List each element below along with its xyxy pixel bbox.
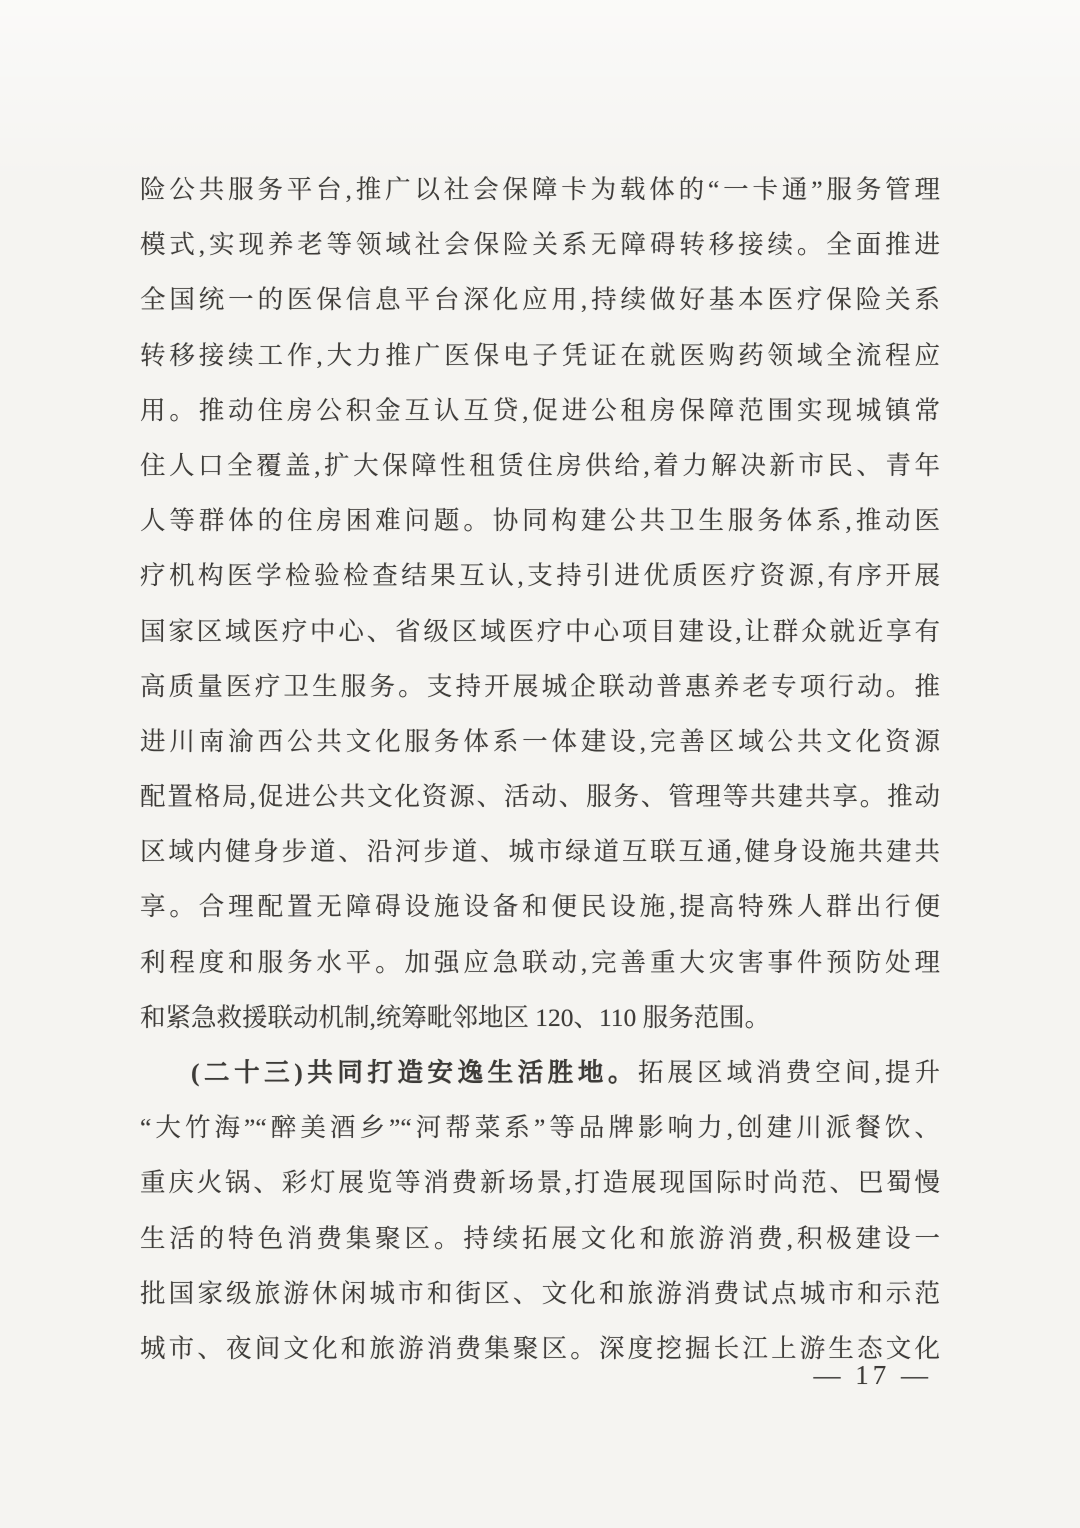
line-text: 配置格局,促进公共文化资源、活动、服务、管理等共建共享。推动 [140,782,940,811]
text-line: 人等群体的住房困难问题。协同构建公共卫生服务体系,推动医 [140,493,940,548]
text-line: 险公共服务平台,推广以社会保障卡为载体的“一卡通”服务管理 [140,162,940,217]
line-text: 疗机构医学检验检查结果互认,支持引进优质医疗资源,有序开展 [140,561,940,590]
line-text: 国家区域医疗中心、省级区域医疗中心项目建设,让群众就近享有 [140,617,940,646]
line-text: 利程度和服务水平。加强应急联动,完善重大灾害事件预防处理 [140,948,940,977]
line-text: 进川南渝西公共文化服务体系一体建设,完善区域公共文化资源 [140,727,940,756]
line-text: 转移接续工作,大力推广医保电子凭证在就医购药领域全流程应 [140,341,940,370]
line-text: 模式,实现养老等领域社会保险关系无障碍转移接续。全面推进 [140,230,940,259]
text-line: 和紧急救援联动机制,统筹毗邻地区 120、110 服务范围。 [140,990,940,1045]
section-heading: (二十三)共同打造安逸生活胜地。 [191,1058,638,1087]
line-text: 和紧急救援联动机制,统筹毗邻地区 120、110 服务范围。 [140,1003,770,1032]
line-text: “大竹海”“醉美酒乡”“河帮菜系”等品牌影响力,创建川派餐饮、 [140,1113,940,1142]
line-text: 生活的特色消费集聚区。持续拓展文化和旅游消费,积极建设一 [140,1224,940,1253]
line-text: 全国统一的医保信息平台深化应用,持续做好基本医疗保险关系 [140,285,940,314]
text-line: 区域内健身步道、沿河步道、城市绿道互联互通,健身设施共建共 [140,824,940,879]
line-text: 区域内健身步道、沿河步道、城市绿道互联互通,健身设施共建共 [140,837,940,866]
text-line: 利程度和服务水平。加强应急联动,完善重大灾害事件预防处理 [140,935,940,990]
line-text: 享。合理配置无障碍设施设备和便民设施,提高特殊人群出行便 [140,892,940,921]
document-page: 险公共服务平台,推广以社会保障卡为载体的“一卡通”服务管理模式,实现养老等领域社… [0,0,1080,1528]
text-line: 配置格局,促进公共文化资源、活动、服务、管理等共建共享。推动 [140,769,940,824]
line-text: 拓展区域消费空间,提升 [638,1058,940,1087]
text-line: 用。推动住房公积金互认互贷,促进公租房保障范围实现城镇常 [140,383,940,438]
text-line: 全国统一的医保信息平台深化应用,持续做好基本医疗保险关系 [140,272,940,327]
line-text: 用。推动住房公积金互认互贷,促进公租房保障范围实现城镇常 [140,396,940,425]
text-line: 住人口全覆盖,扩大保障性租赁住房供给,着力解决新市民、青年 [140,438,940,493]
text-line: 生活的特色消费集聚区。持续拓展文化和旅游消费,积极建设一 [140,1211,940,1266]
text-line: 进川南渝西公共文化服务体系一体建设,完善区域公共文化资源 [140,714,940,769]
page-number: — 17 — [814,1358,933,1392]
text-line: 模式,实现养老等领域社会保险关系无障碍转移接续。全面推进 [140,217,940,272]
line-text: 住人口全覆盖,扩大保障性租赁住房供给,着力解决新市民、青年 [140,451,940,480]
text-line: 高质量医疗卫生服务。支持开展城企联动普惠养老专项行动。推 [140,659,940,714]
line-text: 重庆火锅、彩灯展览等消费新场景,打造展现国际时尚范、巴蜀慢 [140,1168,940,1197]
text-line: 享。合理配置无障碍设施设备和便民设施,提高特殊人群出行便 [140,879,940,934]
line-text: 批国家级旅游休闲城市和街区、文化和旅游消费试点城市和示范 [140,1279,940,1308]
line-text: 人等群体的住房困难问题。协同构建公共卫生服务体系,推动医 [140,506,940,535]
text-line: 国家区域医疗中心、省级区域医疗中心项目建设,让群众就近享有 [140,604,940,659]
document-body: 险公共服务平台,推广以社会保障卡为载体的“一卡通”服务管理模式,实现养老等领域社… [140,162,940,1376]
line-text: 险公共服务平台,推广以社会保障卡为载体的“一卡通”服务管理 [140,175,940,204]
line-text: 高质量医疗卫生服务。支持开展城企联动普惠养老专项行动。推 [140,672,940,701]
text-line: 转移接续工作,大力推广医保电子凭证在就医购药领域全流程应 [140,328,940,383]
text-line: “大竹海”“醉美酒乡”“河帮菜系”等品牌影响力,创建川派餐饮、 [140,1100,940,1155]
text-line: 疗机构医学检验检查结果互认,支持引进优质医疗资源,有序开展 [140,548,940,603]
text-line: 批国家级旅游休闲城市和街区、文化和旅游消费试点城市和示范 [140,1266,940,1321]
text-line: 重庆火锅、彩灯展览等消费新场景,打造展现国际时尚范、巴蜀慢 [140,1155,940,1210]
text-line: (二十三)共同打造安逸生活胜地。拓展区域消费空间,提升 [140,1045,940,1100]
